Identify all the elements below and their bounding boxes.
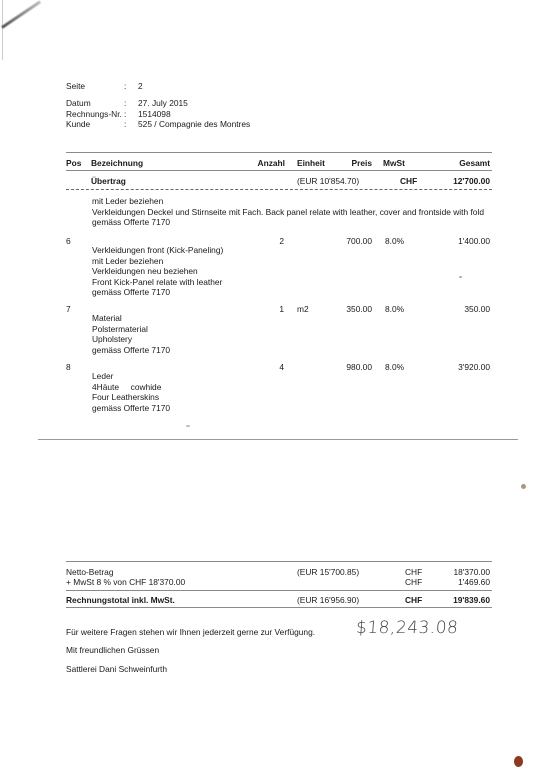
item-price: 350.00: [330, 304, 372, 314]
item-price: 980.00: [330, 362, 372, 372]
scan-corner-mark: [1, 1, 41, 29]
item-vat: 8.0%: [385, 236, 404, 246]
column-header-price: Preis: [330, 158, 372, 168]
invoice-meta: Datum : 27. July 2015 Rechnungs-Nr. : 15…: [66, 98, 250, 130]
description-line: gemäss Offerte 7170: [92, 217, 484, 228]
description-line: mit Leder beziehen: [92, 196, 484, 207]
column-header-description: Bezeichnung: [91, 158, 143, 168]
item-quantity: 2: [260, 236, 284, 246]
customer-value: 525 / Compagnie des Montres: [138, 119, 250, 130]
footer-greeting: Mit freundlichen Grüssen: [66, 645, 159, 655]
column-header-pos: Pos: [66, 158, 81, 168]
description-line: Verkleidungen front (Kick-Paneling): [92, 245, 223, 256]
description-line: gemäss Offerte 7170: [92, 345, 170, 356]
vat-total: 1'469.60: [420, 577, 490, 588]
colon: :: [124, 109, 138, 120]
column-header-unit: Einheit: [297, 158, 325, 168]
scan-speck: [459, 276, 462, 278]
column-header-total: Gesamt: [420, 158, 490, 168]
table-header-rule: [66, 170, 492, 171]
footer-company: Sattlerei Dani Schweinfurth: [66, 664, 167, 674]
colon: :: [124, 98, 138, 109]
item-quantity: 4: [260, 362, 284, 372]
scan-speck: [521, 484, 526, 489]
grand-total-label: Rechnungstotal inkl. MwSt.: [66, 595, 175, 606]
item-quantity: 1: [260, 304, 284, 314]
grand-total-amount: 19'839.60: [420, 595, 490, 606]
description-line: mit Leder beziehen: [92, 256, 223, 267]
item-vat: 8.0%: [385, 362, 404, 372]
continued-description: mit Leder beziehen Verkleidungen Deckel …: [92, 196, 484, 228]
description-line: Front Kick-Panel relate with leather: [92, 277, 223, 288]
item-total: 3'920.00: [420, 362, 490, 372]
colon: :: [124, 81, 138, 92]
carryover-eur: (EUR 10'854.70): [297, 176, 359, 186]
date-label: Datum: [66, 98, 124, 109]
description-line: Material: [92, 313, 170, 324]
table-top-rule: [66, 152, 492, 153]
page-label: Seite: [66, 81, 124, 92]
item-total: 1'400.00: [420, 236, 490, 246]
scan-speck: [186, 425, 190, 427]
grand-total-eur: (EUR 16'956.90): [297, 595, 359, 606]
item-unit: m2: [297, 304, 309, 314]
description-line: Upholstery: [92, 334, 170, 345]
description-line: gemäss Offerte 7170: [92, 403, 170, 414]
net-amount-eur: (EUR 15'700.85): [297, 567, 359, 578]
description-line: Four Leatherskins: [92, 392, 170, 403]
description-line: 4Häute cowhide: [92, 382, 170, 393]
item-pos: 7: [66, 304, 71, 314]
item-vat: 8.0%: [385, 304, 404, 314]
customer-label: Kunde: [66, 119, 124, 130]
colon: :: [124, 119, 138, 130]
item-pos: 8: [66, 362, 71, 372]
scan-edge: [2, 0, 3, 60]
net-amount-total: 18'370.00: [420, 567, 490, 578]
summary-top-rule: [66, 561, 492, 562]
description-line: gemäss Offerte 7170: [92, 287, 223, 298]
item-total: 350.00: [420, 304, 490, 314]
net-amount-label: Netto-Betrag: [66, 567, 113, 578]
description-line: Polstermaterial: [92, 324, 170, 335]
item-price: 700.00: [330, 236, 372, 246]
column-header-vat: MwSt: [383, 158, 405, 168]
carryover-total: 12'700.00: [420, 176, 490, 186]
item-description: Material Polstermaterial Upholstery gemä…: [92, 313, 170, 355]
description-line: Verkleidungen neu beziehen: [92, 266, 223, 277]
handwritten-note: $18,243.08: [355, 618, 459, 638]
description-line: Verkleidungen Deckel und Stirnseite mit …: [92, 207, 484, 218]
footer-questions: Für weitere Fragen stehen wir Ihnen jede…: [66, 627, 315, 637]
carryover-currency: CHF: [400, 176, 417, 186]
page-value: 2: [138, 81, 143, 92]
table-bottom-rule: [38, 439, 518, 440]
scan-speck: [514, 756, 523, 767]
invoice-number-value: 1514098: [138, 109, 171, 120]
description-line: Leder: [92, 371, 170, 382]
invoice-number-label: Rechnungs-Nr.: [66, 109, 124, 120]
item-pos: 6: [66, 236, 71, 246]
carryover-label: Übertrag: [91, 176, 126, 186]
item-description: Verkleidungen front (Kick-Paneling) mit …: [92, 245, 223, 298]
carryover-dashed-rule: [66, 189, 492, 190]
column-header-quantity: Anzahl: [230, 158, 285, 168]
date-value: 27. July 2015: [138, 98, 188, 109]
vat-label: + MwSt 8 % von CHF 18'370.00: [66, 577, 185, 588]
item-description: Leder 4Häute cowhide Four Leatherskins g…: [92, 371, 170, 413]
summary-mid-rule: [66, 590, 492, 591]
page-number-block: Seite : 2: [66, 81, 143, 92]
summary-bottom-rule: [66, 607, 492, 608]
